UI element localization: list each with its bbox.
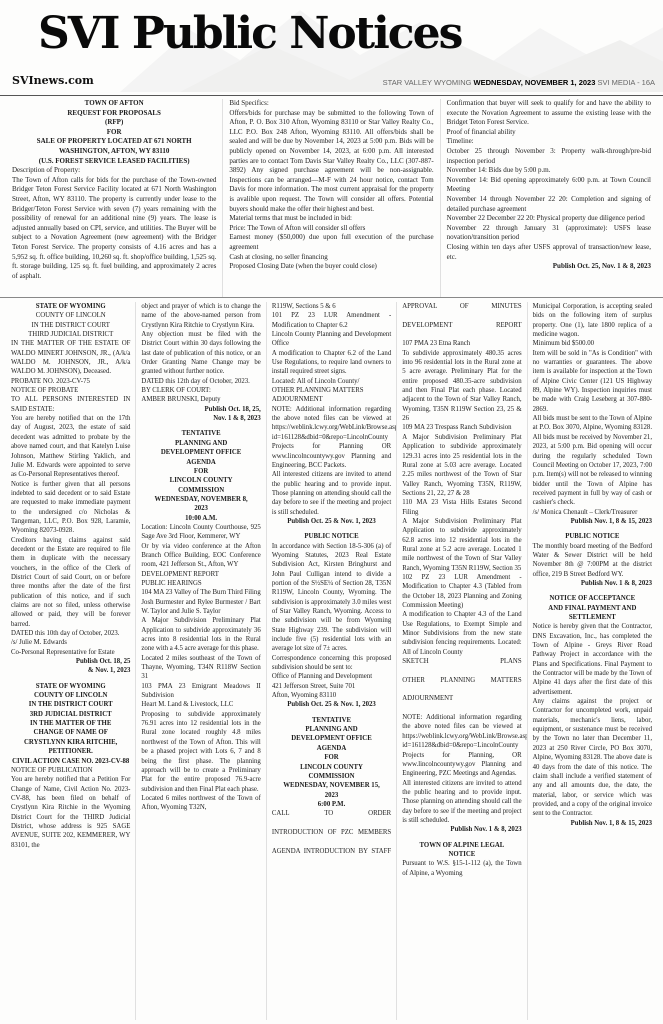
notice-heading: TENTATIVE PLANNING AND DEVELOPMENT OFFIC… (141, 429, 260, 522)
notice-paragraph: Description of Property: (12, 166, 216, 176)
notice-column-3: R119W, Sections 5 & 6101 PZ 23 LUR Amend… (266, 302, 396, 1020)
notice-paragraph: All bids must be sent to the Town of Alp… (533, 414, 652, 507)
notice-paragraph: Proposed Closing Date (when the buyer co… (229, 262, 433, 272)
notice-paragraph: 109 MA 23 Trespass Ranch Subdivision (402, 423, 521, 432)
notice-column-2: object and prayer of which is to change … (135, 302, 265, 1020)
notice-paragraph: Closing within ten days after USFS appro… (447, 243, 651, 262)
notice-paragraph: IN THE MATTER OF THE ESTATE OF WALDO MIN… (11, 339, 130, 376)
notice-heading: PUBLIC NOTICE (272, 532, 391, 541)
notice-paragraph: November 14 through November 22 20: Comp… (447, 195, 651, 214)
notice-paragraph: DATED this 10th day of October, 2023. (11, 629, 130, 638)
notice-paragraph: 110 MA 23 Vista Hills Estates Second Fil… (402, 498, 521, 517)
notice-paragraph: A Major Subdivision Preliminary Plat App… (402, 433, 521, 498)
notice-column-1: STATE OF WYOMINGCOUNTY OF LINCOLN IN THE… (6, 302, 135, 1020)
notice-paragraph: Notice is hereby given that the Contract… (533, 622, 652, 697)
publish-line: Publish Oct. 18, 25, Nov. 1 & 8, 2023 (141, 405, 260, 424)
notice-paragraph: Located: All of Lincoln County/ (272, 377, 391, 386)
notice-paragraph: A modification to Chapter 4.3 of the Lan… (402, 610, 521, 657)
publish-line: Publish Nov. 1, 8 & 15, 2023 (533, 819, 652, 828)
notice-paragraph: The Town of Afton calls for bids for the… (12, 176, 216, 282)
agenda-line: INTRODUCTION OF PZC MEMBERS (272, 828, 391, 847)
notice-paragraph: Cash at closing, no seller financing (229, 253, 433, 263)
notice-paragraph: Any objection must be filed with the Dis… (141, 330, 260, 377)
notice-paragraph: In accordance with Section 18-5-306 (a) … (272, 542, 391, 654)
notice-heading: TENTATIVE PLANNING AND DEVELOPMENT OFFIC… (272, 716, 391, 809)
notice-paragraph: Notice is further given that all persons… (11, 480, 130, 536)
notice-heading: TOWN OF ALPINE LEGAL NOTICE (402, 841, 521, 860)
notice-paragraph: November 22 December 22 20: Physical pro… (447, 214, 651, 224)
notice-paragraph: Pursuant to W.S. §15-1-112 (a), the Town… (402, 859, 521, 878)
notice-paragraph: DEVELOPMENT REPORT (141, 570, 260, 579)
notice-paragraph: NOTICE OF PROBATE (11, 386, 130, 395)
notice-paragraph: TO ALL PERSONS INTERESTED IN SAID ESTATE… (11, 395, 130, 414)
notice-paragraph: OTHER PLANNING MATTERS (272, 386, 391, 395)
notice-paragraph: 107 PMA 23 Etna Ranch (402, 339, 521, 348)
notice-paragraph: Item will be sold in "As is Condition" w… (533, 349, 652, 414)
top-column-1: TOWN OF AFTON REQUEST FOR PROPOSALS (RFP… (6, 99, 222, 297)
notice-paragraph: Material terms that must be included in … (229, 214, 433, 224)
notice-paragraph: ADJOURNMENT (272, 395, 391, 404)
agenda-line: OTHER PLANNING MATTERS (402, 676, 521, 695)
notice-paragraph: To subdivide approximately 480.35 acres … (402, 349, 521, 424)
notice-paragraph: NOTICE OF PUBLICATION (11, 766, 130, 775)
dateline: STAR VALLEY WYOMING WEDNESDAY, NOVEMBER … (383, 78, 655, 87)
notice-paragraph: Located 6 miles northwest of the Town of… (141, 794, 260, 813)
notice-paragraph: Timeline: (447, 137, 651, 147)
notice-paragraph: November 22 through January 31 (approxim… (447, 224, 651, 243)
agenda-line: CALL TO ORDER (272, 809, 391, 828)
top-column-2: Bid Specifics:Offers/bids for purchase m… (222, 99, 439, 297)
notice-paragraph: October 25 through November 3: Property … (447, 147, 651, 166)
publish-line: Publish Nov. 1 & 8, 2023 (533, 579, 652, 588)
notice-subheading: COUNTY OF LINCOLN IN THE DISTRICT COURT … (11, 311, 130, 339)
notice-paragraph: 103 PMA 23 Emigrant Meadows II Subdivisi… (141, 682, 260, 701)
notice-paragraph: BY CLERK OF COURT: (141, 386, 260, 395)
notice-paragraph: A modification to Chapter 6.2 of the Lan… (272, 349, 391, 377)
notice-paragraph: Minimum bid $500.00 (533, 339, 652, 348)
notice-paragraph: Creditors having claims against said dec… (11, 536, 130, 629)
notices-columns-section: STATE OF WYOMINGCOUNTY OF LINCOLN IN THE… (0, 298, 663, 1020)
notice-paragraph: Heart M. Land & Livestock, LLC (141, 700, 260, 709)
notice-paragraph: Afton, Wyoming 83110 (272, 691, 391, 700)
notice-paragraph: Office of Planning and Development (272, 672, 391, 681)
notice-paragraph: 104 MA 23 Valley of The Burn Third Filin… (141, 588, 260, 597)
notice-paragraph: 421 Jefferson Street, Suite 701 (272, 682, 391, 691)
notice-paragraph: All interested citizens are invited to a… (272, 470, 391, 517)
notice-paragraph: Lincoln County Planning and Development … (272, 330, 391, 349)
agenda-line: DEVELOPMENT REPORT (402, 321, 521, 340)
notice-paragraph: R119W, Sections 5 & 6 (272, 302, 391, 311)
notice-paragraph: Proposing to subdivide approximately 76.… (141, 710, 260, 794)
notice-paragraph: object and prayer of which is to change … (141, 302, 260, 330)
notice-paragraph: You are hereby notified that on the 17th… (11, 414, 130, 479)
notice-column-5: Municipal Corporation, is accepting seal… (527, 302, 657, 1020)
notice-paragraph: A Major Subdivision Preliminary Plat App… (141, 616, 260, 653)
notice-paragraph: You are hereby notified that a Petition … (11, 775, 130, 850)
dateline-date: WEDNESDAY, NOVEMBER 1, 2023 (474, 78, 596, 87)
notice-paragraph: Bid Specifics: (229, 99, 433, 109)
publish-line: Publish Oct. 25 & Nov. 1, 2023 (272, 517, 391, 526)
notice-paragraph: DATED this 12th day of October, 2023. (141, 377, 260, 386)
notice-paragraph: AMBER BRUNSKI, Deputy (141, 395, 260, 404)
page-header: SVI Public Notices SVInews.com STAR VALL… (0, 0, 663, 96)
notice-paragraph: Co-Personal Representative for Estate (11, 648, 130, 657)
notice-paragraph: NOTE: Additional information regarding t… (402, 713, 521, 778)
notice-heading: STATE OF WYOMING (11, 302, 130, 311)
top-notices-section: TOWN OF AFTON REQUEST FOR PROPOSALS (RFP… (0, 96, 663, 298)
dateline-location: STAR VALLEY WYOMING (383, 78, 474, 87)
agenda-line: AGENDA INTRODUCTION BY STAFF (272, 847, 391, 866)
notice-paragraph: Correspondence concerning this proposed … (272, 654, 391, 673)
notice-paragraph: Proof of financial ability (447, 128, 651, 138)
notice-paragraph: Or by via video conference at the Afton … (141, 542, 260, 570)
newspaper-page: SVI Public Notices SVInews.com STAR VALL… (0, 0, 663, 1024)
notice-paragraph: Any claims against the project or Contra… (533, 697, 652, 818)
notice-paragraph: Offers/bids for purchase may be submitte… (229, 109, 433, 215)
notice-paragraph: Price: The Town of Afton will consider s… (229, 224, 433, 234)
notice-paragraph: PUBLIC HEARINGS (141, 579, 260, 588)
notice-paragraph: NOTE: Additional information regarding t… (272, 405, 391, 470)
notice-paragraph: All interested citizens are invited to a… (402, 779, 521, 826)
dateline-edition: SVI MEDIA - 16A (595, 78, 655, 87)
agenda-line: SKETCH PLANS (402, 657, 521, 676)
notice-paragraph: 101 PZ 23 LUR Amendment - Modification t… (272, 311, 391, 330)
notice-paragraph: /s/ Monica Chenault – Clerk/Treasurer (533, 508, 652, 517)
publish-line: Publish Nov. 1 & 8, 2023 (402, 825, 521, 834)
notice-paragraph: November 14: Bid opening approximately 6… (447, 176, 651, 195)
notice-heading: NOTICE OF ACCEPTANCE AND FINAL PAYMENT A… (533, 594, 652, 622)
site-url: SVInews.com (12, 74, 94, 87)
notice-paragraph: Location: Lincoln County Courthouse, 925… (141, 523, 260, 542)
notice-paragraph: A Major Subdivision Preliminary Plat App… (402, 517, 521, 573)
notice-heading: PUBLIC NOTICE (533, 532, 652, 541)
publish-line: Publish Oct. 18, 25 & Nov. 1, 2023 (11, 657, 130, 676)
top-column-3: Confirmation that buyer will seek to qua… (440, 99, 657, 297)
notice-paragraph: Josh Burmester and Rylee Burmester / Bar… (141, 598, 260, 617)
notice-paragraph: PROBATE NO. 2023-CV-75 (11, 377, 130, 386)
notice-column-4: APPROVAL OF MINUTESDEVELOPMENT REPORT107… (396, 302, 526, 1020)
notice-paragraph: The monthly board meeting of the Bedford… (533, 542, 652, 579)
notice-paragraph: 102 PZ 23 LUR Amendment - Modification t… (402, 573, 521, 610)
notice-paragraph: Located 2 miles southeast of the Town of… (141, 654, 260, 682)
publish-line: Publish Oct. 25 & Nov. 1, 2023 (272, 700, 391, 709)
notice-heading: TOWN OF AFTON REQUEST FOR PROPOSALS (RFP… (12, 99, 216, 166)
notice-heading: STATE OF WYOMING COUNTY OF LINCOLN IN TH… (11, 682, 130, 766)
publish-line: Publish Oct. 25, Nov. 1 & 8, 2023 (447, 262, 651, 272)
publish-line: Publish Nov. 1, 8 & 15, 2023 (533, 517, 652, 526)
agenda-line: ADJOURNMENT (402, 694, 521, 713)
notice-paragraph: November 14: Bids due by 5:00 p.m. (447, 166, 651, 176)
agenda-line: APPROVAL OF MINUTES (402, 302, 521, 321)
notice-paragraph: /s/ Julie M. Edwards (11, 638, 130, 647)
notice-paragraph: Municipal Corporation, is accepting seal… (533, 302, 652, 339)
notice-paragraph: Earnest money ($50,000) due upon full ex… (229, 233, 433, 252)
masthead-title: SVI Public Notices (38, 8, 461, 59)
notice-paragraph: Confirmation that buyer will seek to qua… (447, 99, 651, 128)
